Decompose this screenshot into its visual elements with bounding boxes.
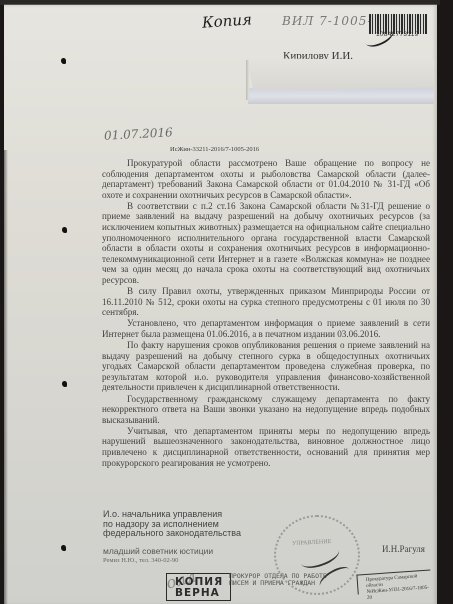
handwritten-copy-mark: Копия — [201, 10, 252, 31]
paragraph: Установлено, что департаментом информаци… — [102, 318, 430, 339]
copy-stamp-line: КОПИЯ — [175, 577, 230, 588]
handwritten-registration-number: ВИЛ 7-1005- — [282, 14, 372, 28]
paragraph: Государственному гражданскому служащему … — [102, 394, 430, 426]
signatory-name: И.Н.Рагуля — [382, 544, 425, 554]
prosecutor-stamp-line: ПИСЕМ И ПРИЕМА ГРАЖДАН — [229, 580, 327, 587]
flap-crease — [246, 60, 249, 100]
folded-paper-flap — [246, 58, 434, 104]
signatory-position: И.о. начальника управления по надзору за… — [103, 510, 241, 539]
paragraph: Учитывая, что департаментом приняты меры… — [102, 426, 430, 468]
punch-hole-icon — [62, 381, 67, 387]
left-edge-shadow — [0, 150, 8, 604]
punch-hole-icon — [61, 58, 66, 64]
copy-stamp-line: ВЕРНА — [175, 588, 230, 599]
registry-stamp: Прокуратура Самарской области №ИсЖин-УЛ3… — [356, 569, 431, 594]
flap-top — [246, 58, 434, 90]
punch-hole-icon — [62, 227, 67, 233]
paragraph: Прокуратурой области рассмотрено Ваше об… — [102, 158, 430, 200]
copy-certified-stamp: КОПИЯ ВЕРНА — [166, 573, 231, 601]
paragraph: В соответствии с п.2 ст.16 Закона Самарс… — [102, 201, 430, 286]
executor-contact: Ремиз Н.Ю., тел. 340-02-90 — [103, 557, 178, 564]
signatory-rank: младший советник юстиции — [103, 546, 213, 556]
prosecutor-stamp: ПРОКУРОР ОТДЕЛА ПО РАБОТЕ ПИСЕМ И ПРИЕМА… — [229, 573, 327, 587]
letter-body: Прокуратурой области рассмотрено Ваше об… — [102, 158, 430, 468]
punch-hole-icon — [61, 545, 66, 551]
paragraph: В силу Правил охоты, утвержденных приказ… — [102, 286, 430, 318]
position-line: федерального законодательства — [103, 529, 241, 539]
document-reference-number: ИсЖин-33211-2016/7-1005-2016 — [170, 146, 259, 153]
paragraph: По факту нарушения сроков опубликования … — [102, 340, 430, 393]
